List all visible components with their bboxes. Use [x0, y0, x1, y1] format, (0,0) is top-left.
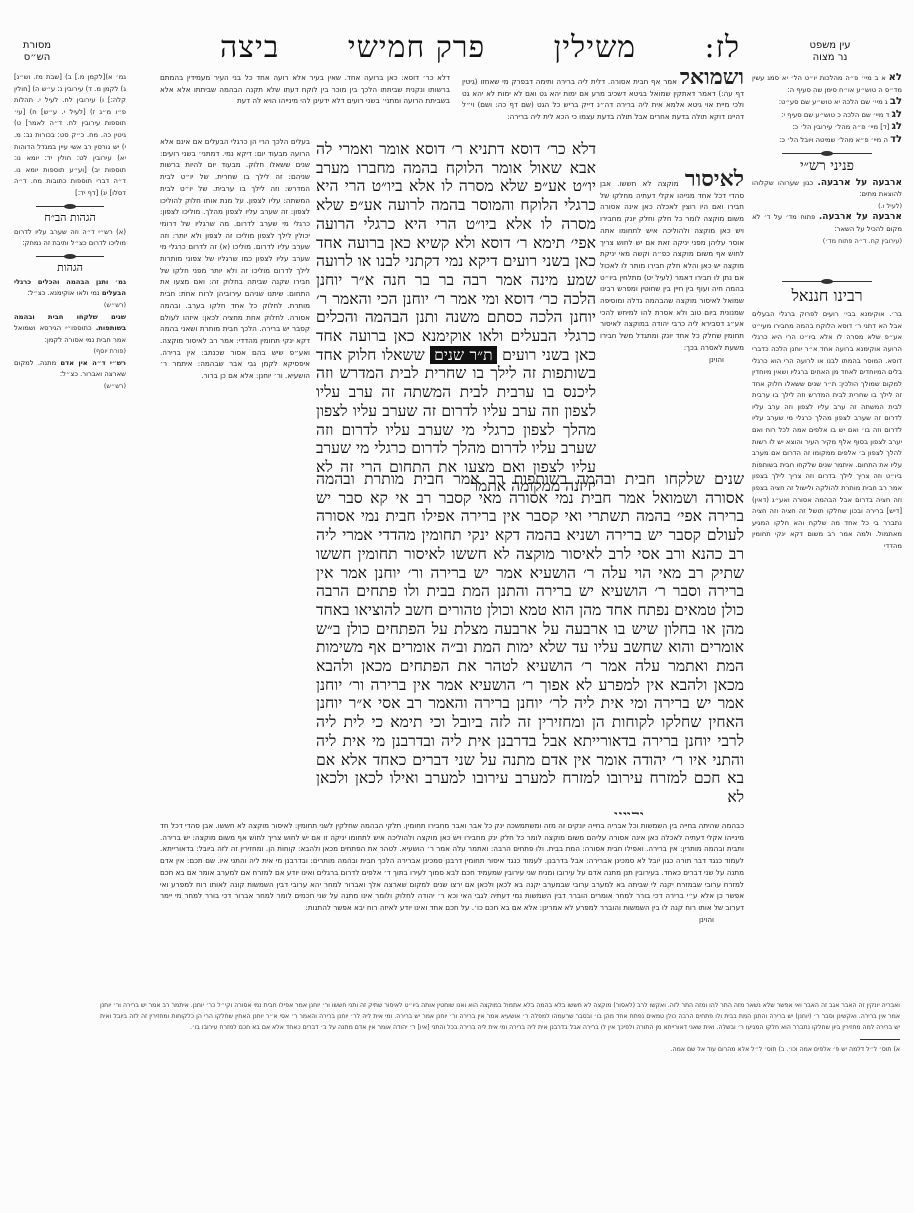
- page-header: לז: משילין פרק חמישי ביצה: [220, 30, 740, 65]
- footnote-line: א) תוס׳ ל״ל דלמה יש פ׳ אלפים אמה וכו׳. ב…: [100, 1046, 900, 1053]
- footnote-text: ואבריה יונקין זה האבר אגב זה האבר ואי אפ…: [100, 1000, 900, 1033]
- ein-mishpat-entry: לב ג מיי׳ שם הלכה יא טוש״ע שם סע״ט:: [752, 96, 902, 109]
- folio-number: לז:: [704, 30, 740, 65]
- tractate-name: ביצה: [220, 30, 279, 65]
- gemara-end-word: והוינן: [316, 807, 744, 815]
- entry-mark: לד: [890, 134, 902, 145]
- section-title: רבינו חננאל: [752, 286, 902, 306]
- entry-source: (עירובין קח. ד״ה פתוח מד׳): [752, 236, 902, 248]
- entry-source: (רש״ש): [14, 381, 126, 393]
- entry-source: (לעיל ו.): [752, 201, 902, 213]
- ein-mishpat-label: עין משפט נר מצוה: [790, 40, 870, 64]
- label-line-2: נר מצוה: [790, 52, 870, 64]
- rashi-text: כבהמה שהיתה בחייה בין השמשות וכל אבריה ב…: [160, 821, 744, 912]
- entry-mark: לג: [891, 109, 902, 120]
- gemara-text: דלא כר׳ דוסא דתניא ר׳ דוסא אומר ואמרי לה…: [316, 140, 596, 364]
- tosafot-top: ושמואל אמר אף חבית אסורה. דלית ליה ברירה…: [462, 72, 744, 136]
- ornament-divider: [782, 281, 872, 282]
- pninei-rashi-entry: ארבעה על ארבעה. כגון שערוהו שקלוהו להוצא…: [752, 178, 902, 213]
- ein-mishpat-entry: לד ה מיי׳ פ״א מהל׳ שמיטה ויובל הל׳ כ:: [752, 134, 902, 147]
- label-line-1: מסורת: [12, 40, 62, 52]
- entry-source: (פורת יוסף): [14, 346, 126, 358]
- label-line-1: עין משפט: [790, 40, 870, 52]
- rashi-column: בעלים הלכך הרי הן כרגלי הבעלים אם אינם א…: [160, 136, 310, 861]
- gemara-text: שנים שלקחו חבית ובהמה בשותפות רב אמר חבי…: [316, 470, 744, 806]
- masoret-hashas-label: מסורת הש״ס: [12, 40, 62, 64]
- ein-mishpat-section: לא א ב מיי׳ פ״ה מהלכות יו״ט הל׳ יא סמג ע…: [752, 72, 902, 147]
- ein-mishpat-entry: לא א ב מיי׳ פ״ה מהלכות יו״ט הל׳ יא סמג ע…: [752, 72, 902, 96]
- rashi-bottom: כבהמה שהיתה בחייה בין השמשות וכל אבריה ב…: [160, 820, 744, 1000]
- entry-mark: לג: [891, 121, 902, 132]
- label-line-2: הש״ס: [12, 52, 62, 64]
- entry-text: א ב מיי׳ פ״ה מהלכות יו״ט הל׳ יא סמג עשין…: [752, 74, 902, 94]
- gemara-boxed-baraita: ת״ר שנים: [430, 346, 497, 364]
- entry-text: ה מיי׳ פ״א מהל׳ שמיטה ויובל הל׳ כ:: [779, 136, 888, 144]
- rashi-text: בעלים הלכך הרי הן כרגלי הבעלים אם אינם א…: [160, 137, 310, 380]
- entry-head: ארבעה על ארבעה.: [817, 178, 902, 188]
- hagahot-entry: רש״י ד״ה אין אדם מתנה. למקום שארצה ואברו…: [14, 358, 126, 393]
- right-margin: לא א ב מיי׳ פ״ה מהלכות יו״ט הל׳ יא סמג ע…: [752, 72, 902, 553]
- tosafot-text: מוקצה לא חששו. אבן סהדי דכל אחד מנייהו א…: [600, 179, 744, 352]
- hagahot-habach-text: (א) רש״י ד״ה וזה שערב עליו לדרום מוליכו …: [14, 227, 126, 250]
- pninei-rashi-section: פניני רש״י ארבעה על ארבעה. כגון שערוהו ש…: [752, 158, 902, 248]
- gemara-upper: דלא כר׳ דוסא דתניא ר׳ דוסא אומר ואמרי לה…: [316, 140, 596, 495]
- masoret-hashas-text: גמ׳ א)[לקמן מ.] ב) [שבת מז. וש״נ] ג) לקמ…: [14, 72, 126, 200]
- entry-source: (רש״ש): [14, 300, 126, 312]
- chapter-number: פרק חמישי: [348, 30, 486, 65]
- hagahot-entry: שנים שלקחו חבית ובהמה בשותפות. כתוספו״י …: [14, 312, 126, 358]
- left-margin: גמ׳ א)[לקמן מ.] ב) [שבת מז. וש״נ] ג) לקמ…: [14, 72, 126, 393]
- section-title: הגהות: [14, 261, 126, 274]
- entry-head: רש״י ד״ה אין אדם: [60, 359, 126, 367]
- entry-text: ד מיי׳ שם הלכה כ טוש״ע שם סעיף י:: [781, 111, 889, 119]
- tosafot-end-word: והוינן: [600, 354, 744, 366]
- tosafot-dibur-hamatchil: ושמואל: [680, 72, 744, 90]
- ein-mishpat-entry: לג ד מיי׳ שם הלכה כ טוש״ע שם סעיף י:: [752, 109, 902, 122]
- gemara-wide: שנים שלקחו חבית ובהמה בשותפות רב אמר חבי…: [316, 470, 744, 815]
- entry-head: ארבעה על ארבעה.: [819, 212, 902, 222]
- section-title: הגהות הב״ח: [14, 211, 126, 224]
- ein-mishpat-entry: לג [ד] מיי׳ פ״ה מהל׳ עירובין הל׳ כ:: [752, 121, 902, 134]
- ornament-divider: [36, 256, 103, 257]
- section-title: פניני רש״י: [752, 158, 902, 175]
- entry-mark: לב: [890, 96, 902, 107]
- pninei-rashi-entry: ארבעה על ארבעה. פתוח מד׳ על ד׳ לא מקום ל…: [752, 212, 902, 247]
- entry-text: ג מיי׳ שם הלכה יא טוש״ע שם סע״ט:: [779, 98, 888, 106]
- entry-text: נמי ולאו אוקימנא. כצ״ל:: [27, 289, 99, 297]
- tosafot-dibur-hamatchil: לאיסור: [685, 166, 744, 192]
- chapter-name: משילין: [554, 30, 636, 65]
- footnote-area: ואבריה יונקין זה האבר אגב זה האבר ואי אפ…: [100, 1000, 900, 1053]
- hagahot-entry: גמ׳ ותנן הבהמה והכלים כרגלי הבעלים נמי ו…: [14, 277, 126, 312]
- footnote-rule: [860, 1039, 900, 1040]
- rabbenu-chananel-text: בר׳. אוקימנא בבי׳ רועים לפרוק ברגלי הבעל…: [752, 309, 902, 552]
- ornament-divider: [782, 153, 872, 154]
- rabbenu-chananel-section: רבינו חננאל בר׳. אוקימנא בבי׳ רועים לפרו…: [752, 286, 902, 552]
- rashi-top: דלא כר׳ דוסא: כאן ברועה אחד. שאין בעיר א…: [160, 72, 450, 136]
- entry-mark: לא: [889, 72, 902, 83]
- entry-text: [ד] מיי׳ פ״ה מהל׳ עירובין הל׳ כ:: [792, 123, 889, 131]
- rashi-text: דלא כר׳ דוסא: כאן ברועה אחד. שאין בעיר א…: [160, 73, 450, 105]
- ornament-divider: [36, 206, 103, 207]
- rashi-end-word: והוינן: [160, 914, 744, 926]
